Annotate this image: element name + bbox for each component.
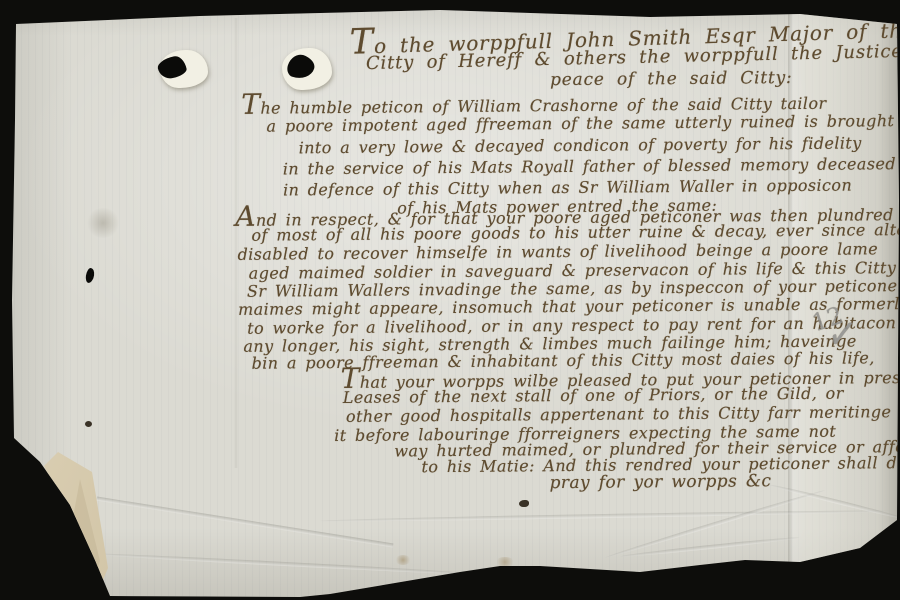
preamble-line: into a very lowe & decayed condicon of p… — [299, 133, 862, 157]
heading-line: peace of the said Citty: — [550, 68, 793, 90]
preamble-line: in the service of his Mats Royall father… — [283, 154, 896, 178]
manuscript-paper: To the worppfull John Smith Esqr Major o… — [0, 0, 900, 600]
preamble-line: a poore impotent aged ffreeman of the sa… — [266, 111, 894, 135]
preamble-line: in defence of this Citty when as Sr Will… — [283, 175, 852, 199]
closing-line: pray for yor worpps &c — [550, 471, 772, 493]
handwriting-layer: To the worppfull John Smith Esqr Major o… — [0, 0, 900, 600]
photo-stage: To the worppfull John Smith Esqr Major o… — [0, 0, 900, 600]
